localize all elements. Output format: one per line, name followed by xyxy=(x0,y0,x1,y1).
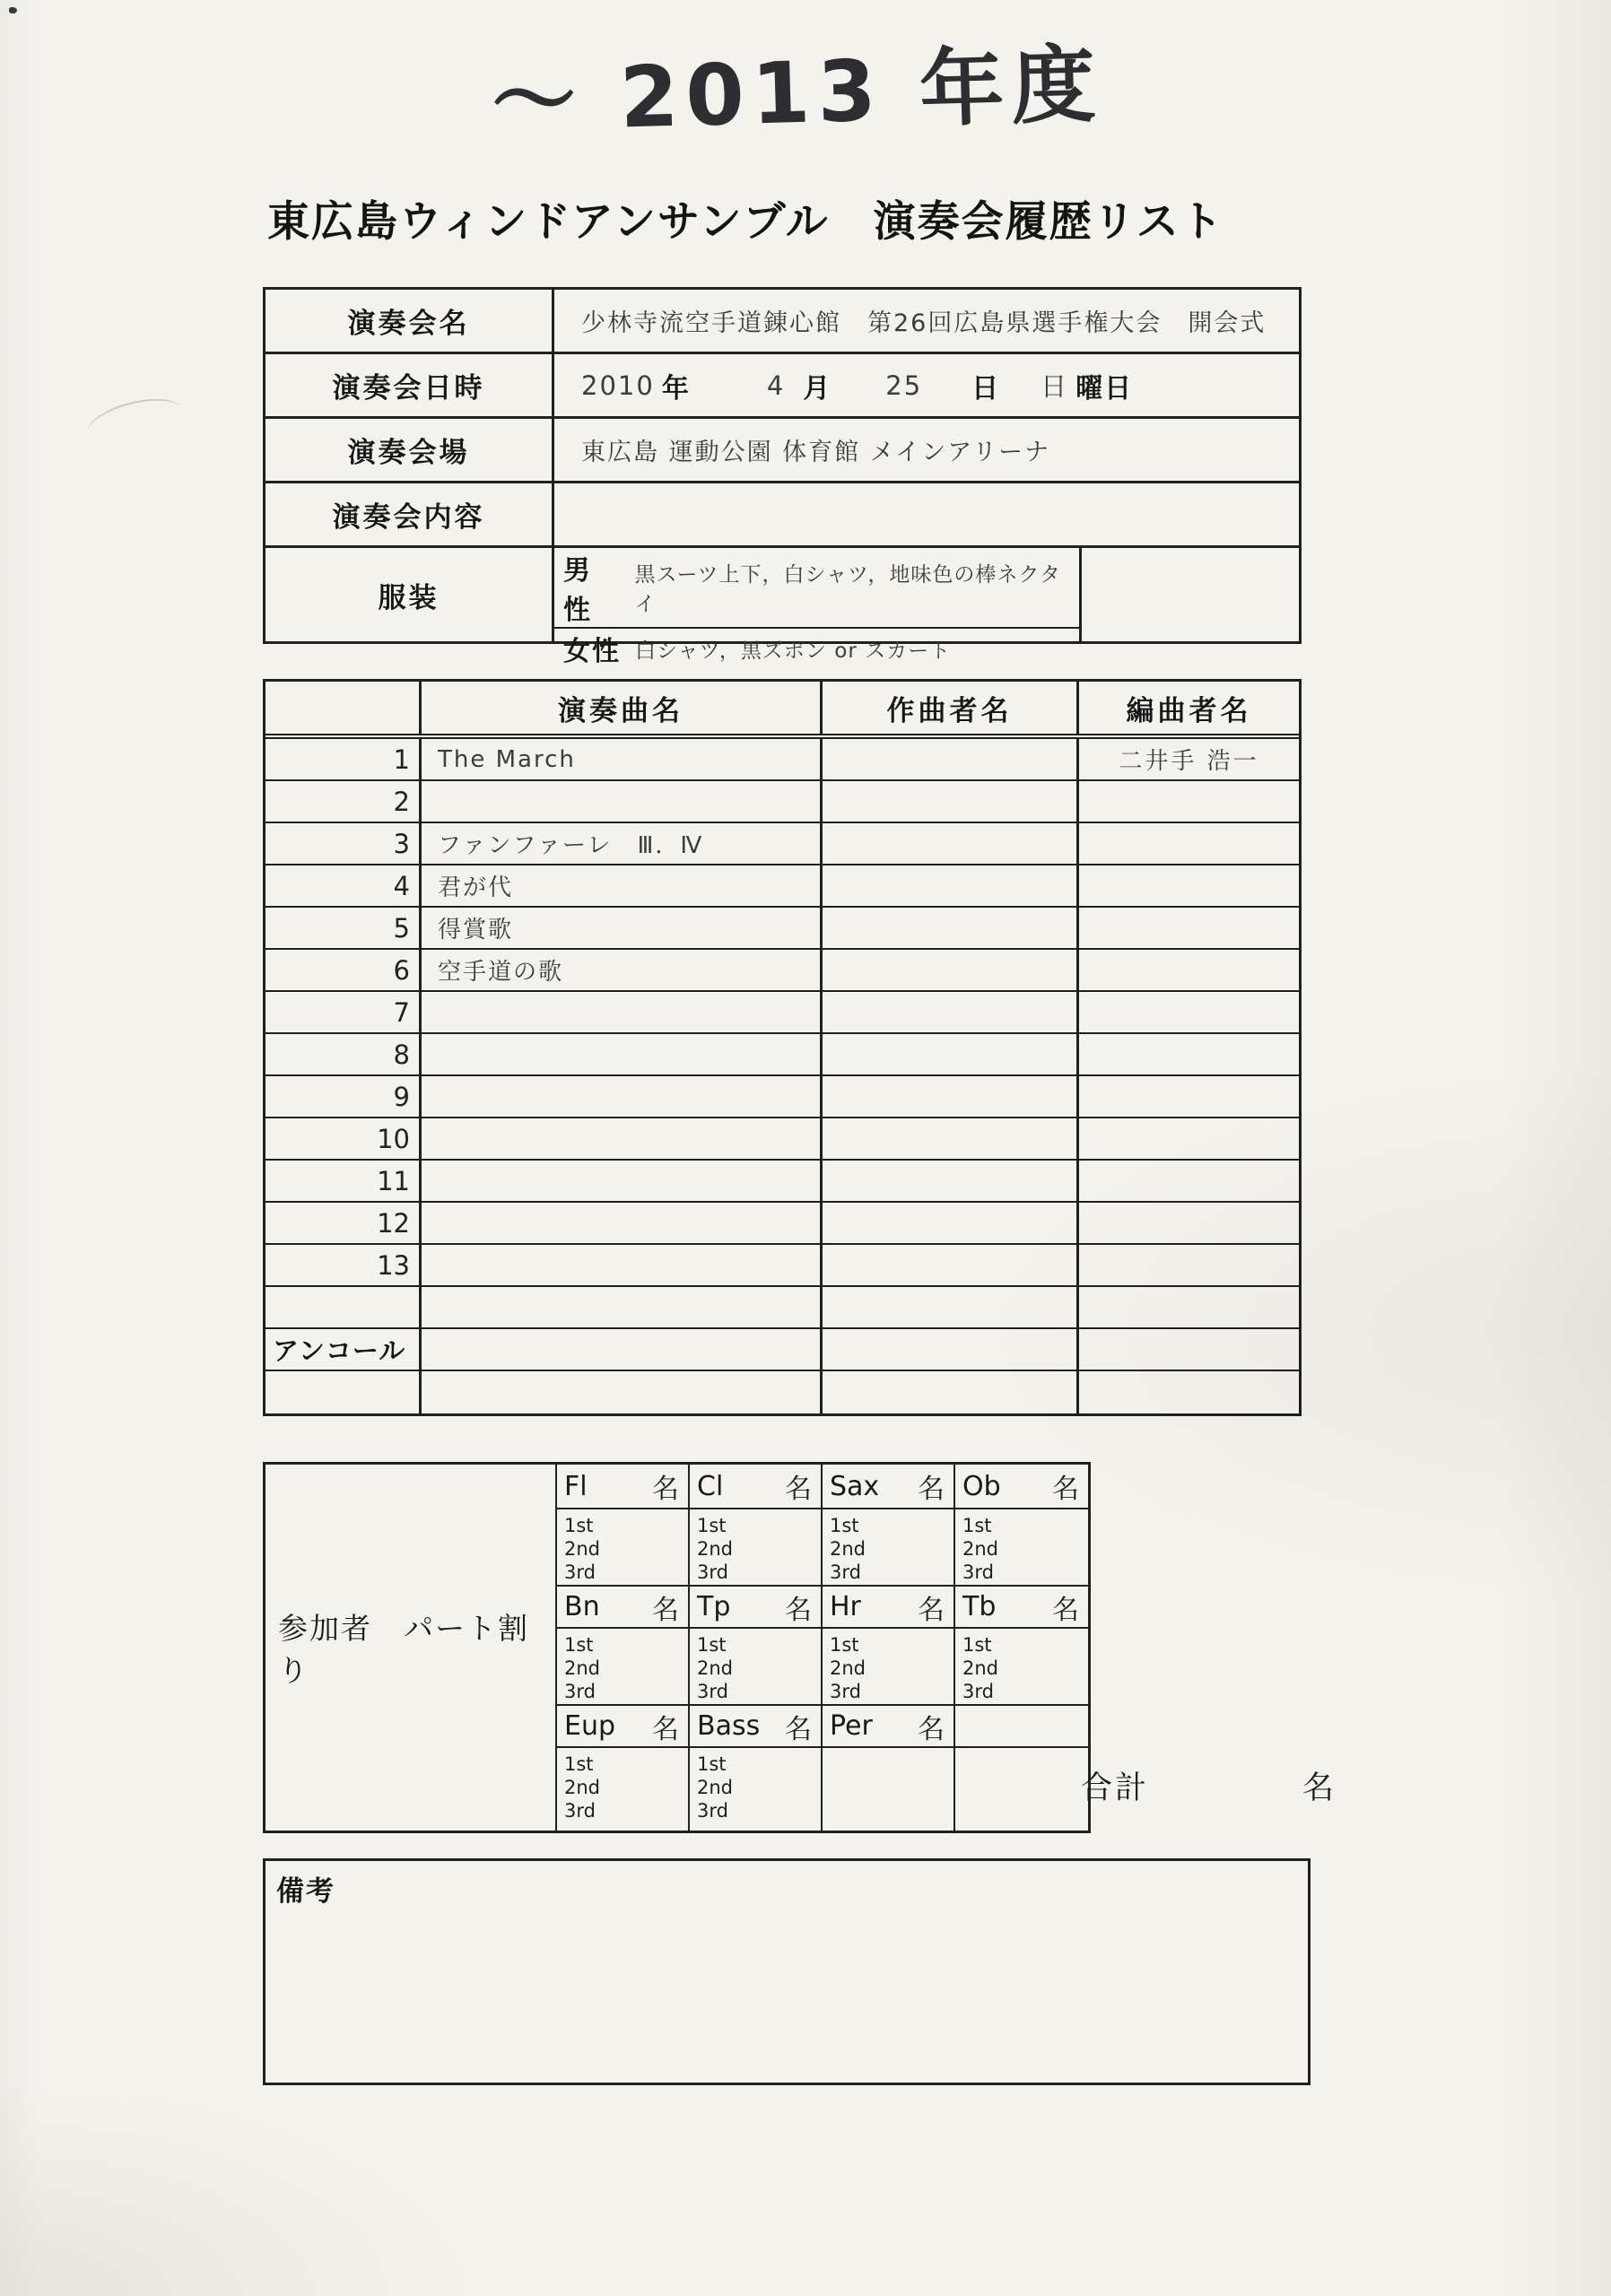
song-arranger xyxy=(1079,1245,1299,1285)
song-row-11: 11 xyxy=(266,1161,1299,1203)
parts-per-empty xyxy=(823,1748,955,1831)
instrument-name: Eup xyxy=(564,1710,615,1742)
part-label: 2nd xyxy=(564,1776,688,1799)
part-label: 3rd xyxy=(830,1680,954,1703)
handwritten-year-title: ～ 2013 年度 xyxy=(490,17,1104,155)
date-month: 4 xyxy=(767,370,785,401)
song-title xyxy=(422,1034,823,1074)
song-title: 空手道の歌 xyxy=(422,950,823,990)
song-title xyxy=(422,1076,823,1117)
instrument-header-per: Per 名 xyxy=(823,1706,955,1748)
parts-hr: 1st 2nd 3rd xyxy=(823,1629,955,1706)
song-title xyxy=(422,1161,823,1201)
date-day-label: 日 xyxy=(971,366,1000,405)
song-list-table: 演奏曲名 作曲者名 編曲者名 1 The March 二井手 浩一 2 3 ファ… xyxy=(263,679,1302,1416)
instrument-header-hr: Hr 名 xyxy=(823,1587,955,1629)
paper-crease xyxy=(83,390,188,454)
song-title xyxy=(422,781,823,822)
parts-bass: 1st 2nd 3rd xyxy=(690,1748,823,1831)
instrument-header-empty xyxy=(955,1706,1088,1748)
song-no: 13 xyxy=(266,1245,422,1285)
row-concert-content: 演奏会内容 xyxy=(266,483,1299,548)
song-arranger xyxy=(1079,1371,1299,1413)
song-no: 5 xyxy=(266,908,422,948)
instrument-name: Bass xyxy=(697,1710,760,1742)
song-composer xyxy=(823,1203,1079,1243)
song-no: 4 xyxy=(266,865,422,906)
song-composer xyxy=(823,1287,1079,1327)
song-composer xyxy=(823,823,1079,864)
song-no: 12 xyxy=(266,1203,422,1243)
part-label: 3rd xyxy=(564,1799,688,1822)
participants-grid: Fl 名 Cl 名 Sax 名 Ob 名 1st 2nd 3rd 1 xyxy=(557,1465,1088,1831)
part-label: 3rd xyxy=(564,1680,688,1703)
count-unit: 名 xyxy=(785,1707,812,1746)
part-label: 2nd xyxy=(830,1657,954,1680)
song-no: 2 xyxy=(266,781,422,822)
dress-code-values: 男性 黒スーツ上下，白シャツ，地味色の棒ネクタイ 女性 白シャツ，黒ズボン or… xyxy=(554,548,1082,641)
header-composer: 作曲者名 xyxy=(823,682,1079,734)
song-arranger xyxy=(1079,1161,1299,1201)
song-title: The March xyxy=(422,739,823,779)
part-label: 1st xyxy=(697,1752,821,1776)
song-arranger xyxy=(1079,908,1299,948)
part-label: 2nd xyxy=(564,1657,688,1680)
song-composer xyxy=(823,992,1079,1032)
parts-sax: 1st 2nd 3rd xyxy=(823,1509,955,1587)
header-number xyxy=(266,682,422,734)
concert-content-value xyxy=(554,483,1299,545)
date-month-label: 月 xyxy=(803,366,832,405)
song-arranger xyxy=(1079,992,1299,1032)
participants-label: 参加者 パート割り xyxy=(266,1465,557,1831)
instrument-name: Bn xyxy=(564,1591,600,1622)
song-row-4: 4 君が代 xyxy=(266,865,1299,908)
song-title: ファンファーレ Ⅲ．Ⅳ xyxy=(422,823,823,864)
concert-name-value: 少林寺流空手道錬心館 第26回広島県選手権大会 開会式 xyxy=(554,290,1299,352)
concert-datetime-label: 演奏会日時 xyxy=(266,354,554,416)
instrument-name: Sax xyxy=(830,1471,879,1502)
part-label: 3rd xyxy=(564,1561,688,1584)
song-row-encore: アンコール xyxy=(266,1329,1299,1371)
parts-tb: 1st 2nd 3rd xyxy=(955,1629,1088,1706)
concert-venue-value: 東広島 運動公園 体育館 メインアリーナ xyxy=(554,419,1299,481)
song-row-13: 13 xyxy=(266,1245,1299,1287)
instrument-name: Hr xyxy=(830,1591,861,1622)
count-unit: 名 xyxy=(918,1587,945,1627)
song-no: 7 xyxy=(266,992,422,1032)
song-title xyxy=(422,1203,823,1243)
part-label: 1st xyxy=(830,1514,954,1537)
song-row-blank-1 xyxy=(266,1287,1299,1329)
instrument-name: Ob xyxy=(962,1471,1001,1502)
dress-female-value: 白シャツ，黒ズボン or スカート xyxy=(635,634,951,664)
part-label: 3rd xyxy=(962,1680,1088,1703)
part-label: 1st xyxy=(697,1633,821,1657)
song-no: 6 xyxy=(266,950,422,990)
part-label: 3rd xyxy=(697,1680,821,1703)
song-row-5: 5 得賞歌 xyxy=(266,908,1299,950)
count-unit: 名 xyxy=(652,1707,679,1746)
song-arranger xyxy=(1079,1203,1299,1243)
part-label: 1st xyxy=(962,1633,1088,1657)
song-arranger xyxy=(1079,950,1299,990)
row-concert-datetime: 演奏会日時 2010 年 4 月 25 日 日 曜日 xyxy=(266,354,1299,419)
total-label: 合計 xyxy=(1081,1763,1149,1808)
part-label: 3rd xyxy=(697,1561,821,1584)
instrument-name: Tb xyxy=(962,1591,996,1622)
count-unit: 名 xyxy=(1052,1587,1079,1627)
instrument-header-bn: Bn 名 xyxy=(557,1587,690,1629)
song-title xyxy=(422,1118,823,1159)
song-composer xyxy=(823,908,1079,948)
song-row-blank-2 xyxy=(266,1371,1299,1413)
song-no: 1 xyxy=(266,739,422,779)
header-arranger: 編曲者名 xyxy=(1079,682,1299,734)
song-no xyxy=(266,1371,422,1413)
parts-fl: 1st 2nd 3rd xyxy=(557,1509,690,1587)
count-unit: 名 xyxy=(918,1466,945,1506)
count-unit: 名 xyxy=(785,1587,812,1627)
part-label: 2nd xyxy=(564,1537,688,1561)
concert-info-table: 演奏会名 少林寺流空手道錬心館 第26回広島県選手権大会 開会式 演奏会日時 2… xyxy=(263,287,1302,644)
song-composer xyxy=(823,739,1079,779)
part-label: 2nd xyxy=(697,1776,821,1799)
song-table-header: 演奏曲名 作曲者名 編曲者名 xyxy=(266,682,1299,739)
song-composer xyxy=(823,1161,1079,1201)
notes-label: 備考 xyxy=(276,1868,1308,1909)
instrument-header-ob: Ob 名 xyxy=(955,1465,1088,1509)
instrument-header-eup: Eup 名 xyxy=(557,1706,690,1748)
song-arranger xyxy=(1079,1076,1299,1117)
song-composer xyxy=(823,865,1079,906)
encore-label: アンコール xyxy=(266,1329,422,1370)
header-song-title: 演奏曲名 xyxy=(422,682,823,734)
parts-ob: 1st 2nd 3rd xyxy=(955,1509,1088,1587)
song-arranger xyxy=(1079,781,1299,822)
count-unit: 名 xyxy=(652,1587,679,1627)
part-label: 2nd xyxy=(962,1657,1088,1680)
date-weekday: 日 xyxy=(1041,367,1068,404)
page-title: 東広島ウィンドアンサンブル 演奏会履歴リスト xyxy=(267,188,1224,248)
song-no: 8 xyxy=(266,1034,422,1074)
count-unit: 名 xyxy=(652,1466,679,1506)
song-composer xyxy=(823,1371,1079,1413)
concert-datetime-value: 2010 年 4 月 25 日 日 曜日 xyxy=(554,354,1299,416)
count-unit: 名 xyxy=(918,1707,945,1746)
parts-empty xyxy=(955,1748,1088,1831)
part-label: 1st xyxy=(830,1633,954,1657)
part-label: 1st xyxy=(564,1752,688,1776)
song-title xyxy=(422,1287,823,1327)
song-row-9: 9 xyxy=(266,1076,1299,1118)
song-no: 11 xyxy=(266,1161,422,1201)
song-arranger xyxy=(1079,1287,1299,1327)
notes-box: 備考 xyxy=(263,1858,1311,2085)
instrument-name: Fl xyxy=(564,1471,588,1502)
song-arranger xyxy=(1079,1034,1299,1074)
part-label: 2nd xyxy=(962,1537,1088,1561)
song-title xyxy=(422,1371,823,1413)
song-row-8: 8 xyxy=(266,1034,1299,1076)
part-label: 3rd xyxy=(697,1799,821,1822)
instrument-name: Per xyxy=(830,1710,873,1742)
instrument-name: Cl xyxy=(697,1471,723,1502)
song-composer xyxy=(823,1245,1079,1285)
song-title xyxy=(422,1245,823,1285)
row-concert-venue: 演奏会場 東広島 運動公園 体育館 メインアリーナ xyxy=(266,419,1299,483)
parts-bn: 1st 2nd 3rd xyxy=(557,1629,690,1706)
song-composer xyxy=(823,950,1079,990)
participants-table: 参加者 パート割り Fl 名 Cl 名 Sax 名 Ob 名 1st 2 xyxy=(263,1462,1091,1833)
part-label: 2nd xyxy=(697,1657,821,1680)
song-row-10: 10 xyxy=(266,1118,1299,1161)
song-no: 3 xyxy=(266,823,422,864)
parts-tp: 1st 2nd 3rd xyxy=(690,1629,823,1706)
song-row-1: 1 The March 二井手 浩一 xyxy=(266,739,1299,781)
row-dress-code: 服装 男性 黒スーツ上下，白シャツ，地味色の棒ネクタイ 女性 白シャツ，黒ズボン… xyxy=(266,548,1299,641)
date-day: 25 xyxy=(885,370,922,401)
part-label: 1st xyxy=(564,1514,688,1537)
instrument-header-tp: Tp 名 xyxy=(690,1587,823,1629)
song-no: 9 xyxy=(266,1076,422,1117)
dress-male-line: 男性 黒スーツ上下，白シャツ，地味色の棒ネクタイ xyxy=(554,548,1079,629)
song-row-3: 3 ファンファーレ Ⅲ．Ⅳ xyxy=(266,823,1299,865)
instrument-name: Tp xyxy=(697,1591,730,1622)
song-composer xyxy=(823,1329,1079,1370)
song-composer xyxy=(823,1034,1079,1074)
row-concert-name: 演奏会名 少林寺流空手道錬心館 第26回広島県選手権大会 開会式 xyxy=(266,290,1299,354)
part-label: 3rd xyxy=(962,1561,1088,1584)
count-unit: 名 xyxy=(785,1466,812,1506)
instrument-header-bass: Bass 名 xyxy=(690,1706,823,1748)
song-arranger xyxy=(1079,1329,1299,1370)
part-label: 1st xyxy=(962,1514,1088,1537)
parts-cl: 1st 2nd 3rd xyxy=(690,1509,823,1587)
dress-empty-cell xyxy=(1082,548,1299,641)
song-row-6: 6 空手道の歌 xyxy=(266,950,1299,992)
song-title: 君が代 xyxy=(422,865,823,906)
song-composer xyxy=(823,1076,1079,1117)
song-arranger: 二井手 浩一 xyxy=(1079,739,1299,779)
song-arranger xyxy=(1079,865,1299,906)
concert-name-label: 演奏会名 xyxy=(266,290,554,352)
song-arranger xyxy=(1079,823,1299,864)
part-label: 3rd xyxy=(830,1561,954,1584)
part-label: 1st xyxy=(564,1633,688,1657)
count-unit: 名 xyxy=(1052,1466,1079,1506)
total-unit: 名 xyxy=(1302,1763,1334,1808)
dress-female-line: 女性 白シャツ，黒ズボン or スカート xyxy=(554,629,1079,668)
dress-male-value: 黒スーツ上下，白シャツ，地味色の棒ネクタイ xyxy=(635,558,1079,617)
dress-male-label: 男性 xyxy=(563,548,621,627)
instrument-header-fl: Fl 名 xyxy=(557,1465,690,1509)
instrument-header-sax: Sax 名 xyxy=(823,1465,955,1509)
part-label: 1st xyxy=(697,1514,821,1537)
instrument-header-cl: Cl 名 xyxy=(690,1465,823,1509)
scan-speck xyxy=(9,7,17,13)
song-no xyxy=(266,1287,422,1327)
song-arranger xyxy=(1079,1118,1299,1159)
song-title: 得賞歌 xyxy=(422,908,823,948)
part-label: 2nd xyxy=(830,1537,954,1561)
date-year-label: 年 xyxy=(662,366,691,405)
song-no: 10 xyxy=(266,1118,422,1159)
instrument-header-tb: Tb 名 xyxy=(955,1587,1088,1629)
concert-venue-label: 演奏会場 xyxy=(266,419,554,481)
part-label: 2nd xyxy=(697,1537,821,1561)
song-row-2: 2 xyxy=(266,781,1299,823)
song-row-7: 7 xyxy=(266,992,1299,1034)
song-title xyxy=(422,1329,823,1370)
scanned-page: ～ 2013 年度 東広島ウィンドアンサンブル 演奏会履歴リスト 演奏会名 少林… xyxy=(0,0,1611,2296)
parts-eup: 1st 2nd 3rd xyxy=(557,1748,690,1831)
date-year: 2010 xyxy=(581,370,655,401)
song-title xyxy=(422,992,823,1032)
dress-female-label: 女性 xyxy=(563,629,621,668)
date-weekday-label: 曜日 xyxy=(1075,366,1133,405)
concert-content-label: 演奏会内容 xyxy=(266,483,554,545)
dress-code-label: 服装 xyxy=(266,548,554,641)
song-composer xyxy=(823,1118,1079,1159)
song-row-12: 12 xyxy=(266,1203,1299,1245)
song-composer xyxy=(823,781,1079,822)
